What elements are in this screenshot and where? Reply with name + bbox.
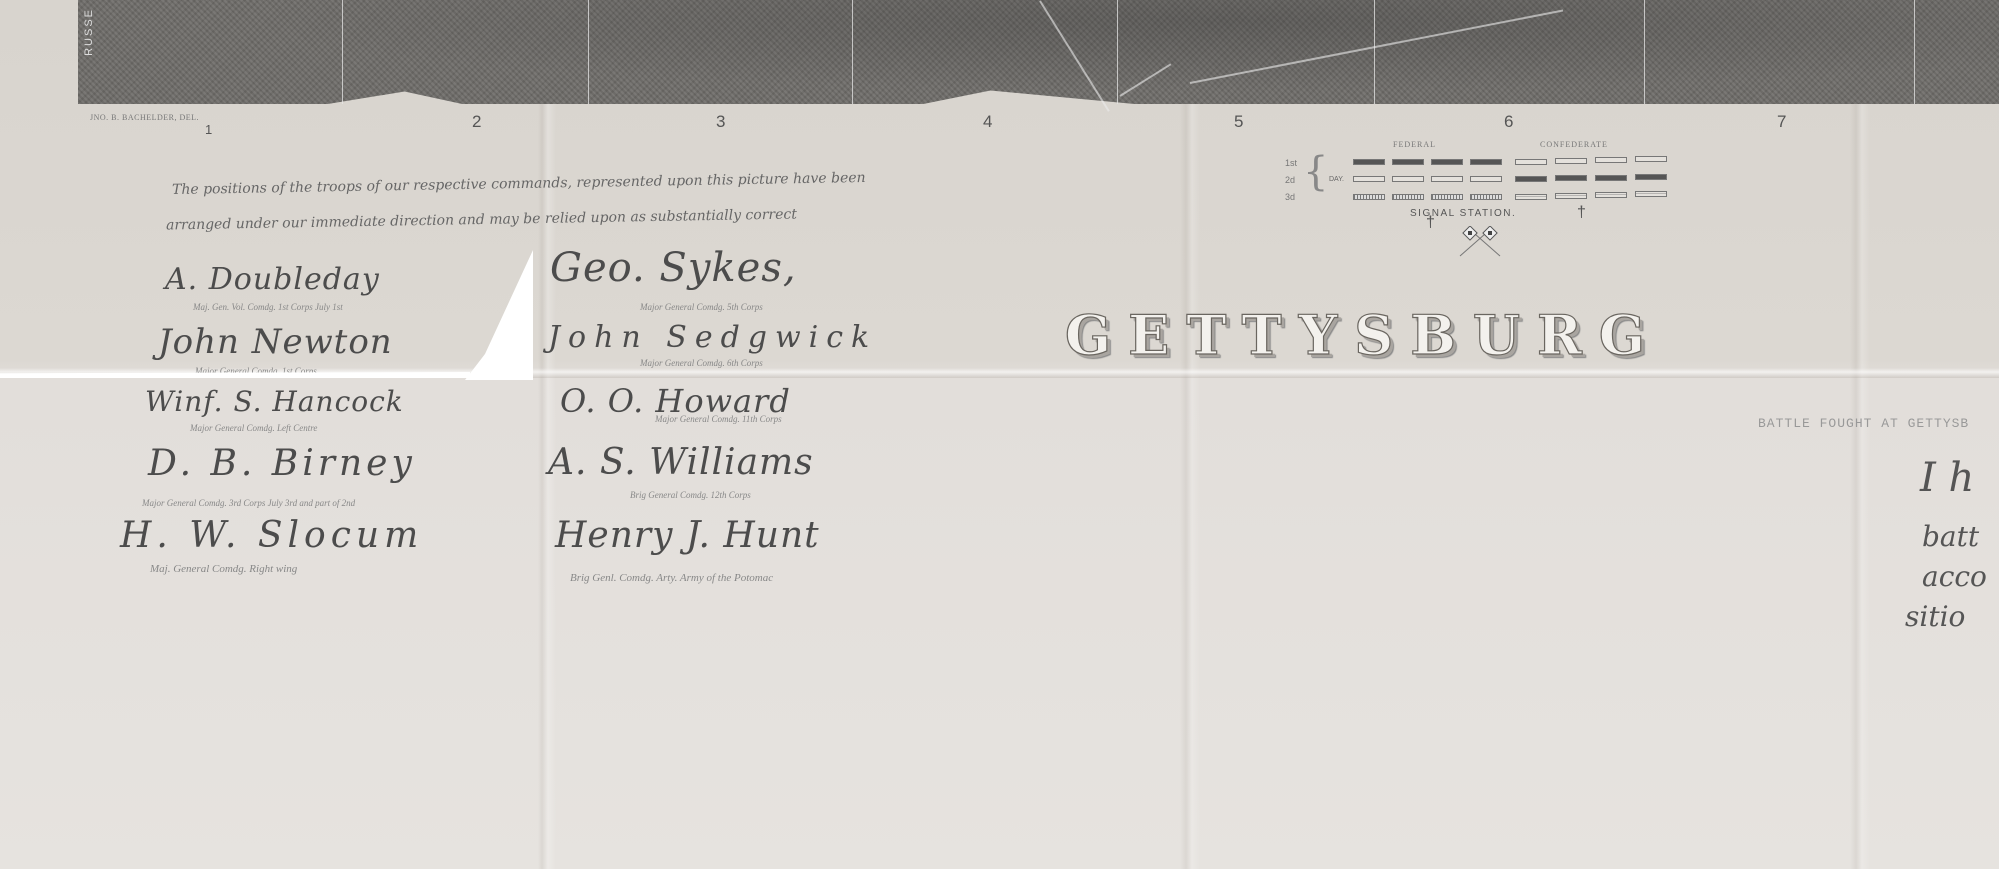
map-gridline — [1914, 0, 1915, 104]
signature-title: Brig Genl. Comdg. Arty. Army of the Poto… — [570, 572, 773, 584]
legend-row-label: 3d — [1285, 192, 1295, 202]
signature-title: Major General Comdg. 3rd Corps July 3rd … — [142, 498, 355, 508]
signature-title: Major General Comdg. 5th Corps — [640, 302, 763, 312]
confederate-day1-marker — [1555, 158, 1587, 164]
signature-title: Brig General Comdg. 12th Corps — [630, 490, 751, 500]
map-subtitle: BATTLE FOUGHT AT GETTYSB — [1758, 416, 1969, 431]
signature-title: Maj. Gen. Vol. Comdg. 1st Corps July 1st — [193, 302, 343, 312]
confederate-day2-marker — [1515, 176, 1547, 182]
confederate-day1-marker — [1515, 159, 1547, 165]
handwritten-note-line: batt — [1922, 520, 1979, 553]
legend-day-label: DAY. — [1329, 176, 1344, 183]
confederate-signal-icon: † — [1577, 204, 1586, 222]
signature: Henry J. Hunt — [555, 515, 820, 556]
federal-day3-marker — [1470, 194, 1502, 200]
signature-title: Major General Comdg. 6th Corps — [640, 358, 763, 368]
crossed-flags-icon — [1455, 226, 1505, 258]
confederate-day3-marker — [1595, 192, 1627, 198]
federal-day1-marker — [1392, 159, 1424, 165]
federal-day2-marker — [1470, 176, 1502, 182]
federal-day3-marker — [1431, 194, 1463, 200]
signature: D. B. Birney — [148, 443, 416, 484]
legend-row-label: 1st — [1285, 158, 1297, 168]
map-gridline — [342, 0, 343, 104]
confederate-day2-marker — [1595, 175, 1627, 181]
signature: Winf. S. Hancock — [145, 385, 404, 418]
signal-station-label: SIGNAL STATION. — [1410, 208, 1516, 219]
confederate-day3-marker — [1555, 193, 1587, 199]
map-gridline — [588, 0, 589, 104]
signature: H. W. Slocum — [120, 515, 423, 556]
federal-day3-marker — [1353, 194, 1385, 200]
map-title: GETTYSBURG — [1065, 303, 1662, 367]
federal-day2-marker — [1431, 176, 1463, 182]
handwritten-note-line: I h — [1920, 455, 1974, 501]
grid-column-number: 4 — [983, 112, 992, 132]
federal-day3-marker — [1392, 194, 1424, 200]
signature-title: Maj. General Comdg. Right wing — [150, 563, 297, 575]
map-credit: JNO. B. BACHELDER, DEL. — [90, 113, 199, 122]
legend-row-label: 2d — [1285, 175, 1295, 185]
handwritten-note-line: sitio — [1905, 600, 1965, 633]
signature: John Sedgwick — [548, 320, 877, 355]
confederate-day2-marker — [1555, 175, 1587, 181]
map-gridline — [1117, 0, 1118, 104]
paper-background — [0, 0, 1999, 869]
grid-column-number: 7 — [1777, 112, 1786, 132]
confederate-day3-marker — [1635, 191, 1667, 197]
federal-day2-marker — [1392, 176, 1424, 182]
map-gridline — [1644, 0, 1645, 104]
legend-federal-header: FEDERAL — [1393, 140, 1436, 149]
legend-brace: { — [1303, 152, 1328, 192]
grid-column-number: 5 — [1234, 112, 1243, 132]
map-gridline — [852, 0, 853, 104]
legend-confederate-header: CONFEDERATE — [1540, 140, 1608, 149]
confederate-day1-marker — [1595, 157, 1627, 163]
signature: John Newton — [158, 322, 393, 362]
signature-title: Major General Comdg. Left Centre — [190, 423, 317, 433]
federal-day1-marker — [1353, 159, 1385, 165]
troop-legend: FEDERAL CONFEDERATE { 1st 2d 3d DAY. † †… — [1285, 138, 1665, 258]
handwritten-note-line: acco — [1922, 560, 1987, 593]
confederate-day2-marker — [1635, 174, 1667, 180]
grid-column-number: 2 — [472, 112, 481, 132]
federal-day2-marker — [1353, 176, 1385, 182]
confederate-day3-marker — [1515, 194, 1547, 200]
federal-day1-marker — [1431, 159, 1463, 165]
federal-day1-marker — [1470, 159, 1502, 165]
confederate-day1-marker — [1635, 156, 1667, 162]
grid-column-number: 3 — [716, 112, 725, 132]
grid-column-number: 1 — [205, 122, 212, 137]
signature: Geo. Sykes, — [550, 245, 797, 291]
grid-column-number: 6 — [1504, 112, 1513, 132]
signature-title: Major General Comdg. 11th Corps — [655, 414, 782, 424]
signature: A. S. Williams — [548, 442, 814, 483]
map-gridline — [1374, 0, 1375, 104]
signature: A. Doubleday — [165, 262, 380, 297]
map-edge-label: RUSSE — [83, 8, 95, 56]
battlefield-map-strip — [78, 0, 1999, 104]
